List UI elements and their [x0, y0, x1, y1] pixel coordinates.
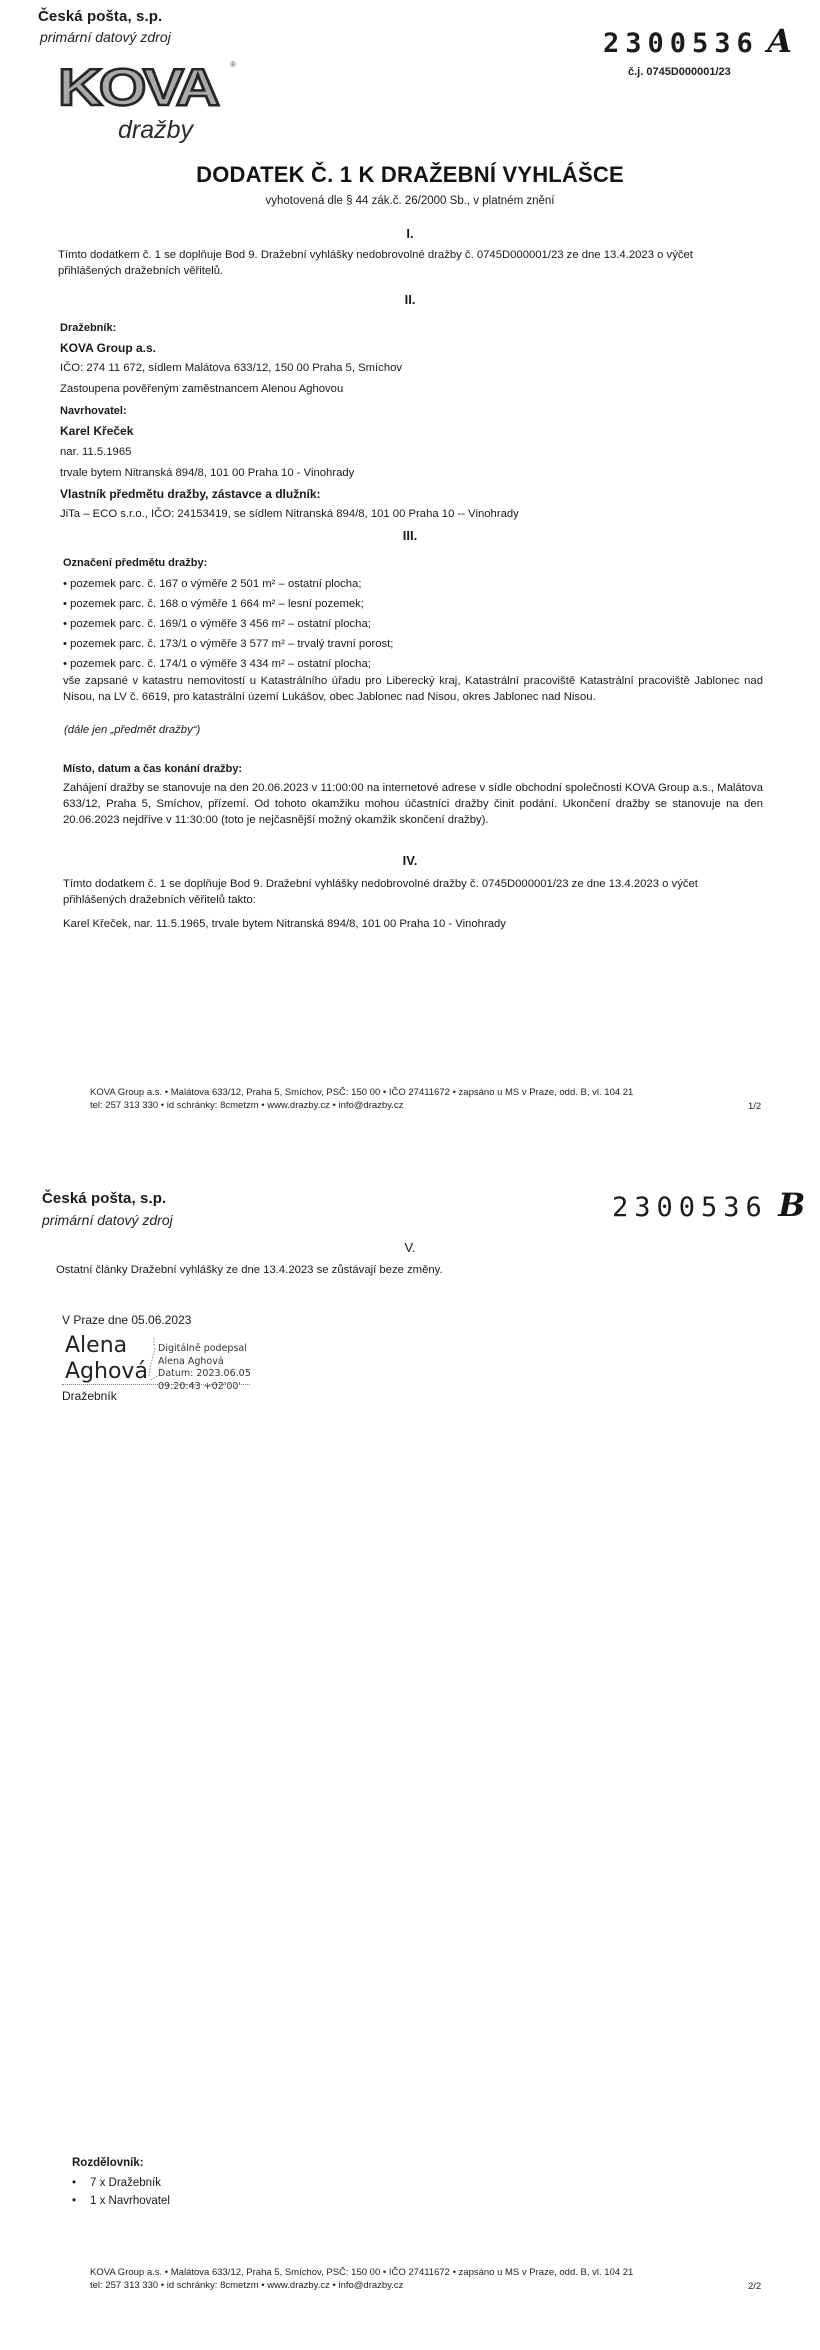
registry-stamp: 2300536 A	[603, 22, 792, 60]
section-IV-text: Tímto dodatkem č. 1 se doplňuje Bod 9. D…	[63, 876, 763, 908]
document-subtitle: vyhotovená dle § 44 zák.č. 26/2000 Sb., …	[0, 195, 820, 207]
registry-number: 2300536	[603, 28, 759, 59]
registered-mark-icon: ®	[230, 60, 236, 69]
auctioneer-name: KOVA Group a.s.	[60, 341, 156, 355]
auctioneer-id: IČO: 274 11 672, sídlem Malátova 633/12,…	[60, 360, 402, 376]
registry-number: 2300536	[612, 1192, 768, 1223]
parcel-item: • pozemek parc. č. 167 o výměře 2 501 m²…	[63, 574, 393, 594]
signature-meta-line: 09:20:43 +02'00'	[158, 1381, 251, 1394]
signature-meta-line: Datum: 2023.06.05	[158, 1368, 251, 1381]
postal-stamp-source: primární datový zdroj	[40, 29, 171, 45]
subject-alias: (dále jen „předmět dražby“)	[64, 722, 200, 738]
distribution-item: 1 x Navrhovatel	[72, 2192, 170, 2210]
signature-meta-line: Alena Aghová	[158, 1356, 251, 1369]
reference-number: č.j. 0745D000001/23	[628, 66, 731, 78]
section-V-text: Ostatní články Dražební vyhlášky ze dne …	[56, 1262, 443, 1278]
section-heading-II: II.	[0, 292, 820, 307]
distribution-list: 7 x Dražebník 1 x Navrhovatel	[72, 2174, 170, 2210]
logo-wordmark: KOVA	[58, 58, 217, 118]
auction-place-label: Místo, datum a čas konání dražby:	[63, 763, 242, 775]
section-heading-III: III.	[0, 528, 820, 543]
auction-place-text: Zahájení dražby se stanovuje na den 20.0…	[63, 780, 763, 828]
signature-last-name: Aghová	[65, 1359, 148, 1385]
creditor-line: Karel Křeček, nar. 11.5.1965, trvale byt…	[63, 916, 506, 932]
signature-first-name: Alena	[65, 1333, 127, 1359]
owner-label: Vlastník předmětu dražby, zástavce a dlu…	[60, 487, 321, 501]
signature-role: Dražebník	[62, 1389, 117, 1403]
parcel-item: • pozemek parc. č. 169/1 o výměře 3 456 …	[63, 614, 393, 634]
postal-stamp-source: primární datový zdroj	[42, 1212, 173, 1228]
digital-signature-meta: Digitálně podepsal Alena Aghová Datum: 2…	[158, 1343, 251, 1393]
page-number: 1/2	[748, 1101, 761, 1112]
signature-meta-line: Digitálně podepsal	[158, 1343, 251, 1356]
page-number: 2/2	[748, 2281, 761, 2292]
distribution-label: Rozdělovník:	[72, 2157, 144, 2169]
postal-stamp-org: Česká pošta, s.p.	[42, 1190, 166, 1207]
parcel-item: • pozemek parc. č. 168 o výměře 1 664 m²…	[63, 594, 393, 614]
registry-letter: A	[767, 22, 792, 60]
proposer-label: Navrhovatel:	[60, 405, 127, 417]
page-footer: KOVA Group a.s. • Malátova 633/12, Praha…	[90, 2266, 710, 2292]
registry-stamp: 2300536 B	[612, 1186, 805, 1224]
section-heading-V: V.	[0, 1240, 820, 1255]
subject-label: Označení předmětu dražby:	[63, 557, 207, 569]
footer-contact-line: tel: 257 313 330 • id schránky: 8cmetzm …	[90, 2279, 710, 2292]
kova-logo: KOVA ® dražby	[52, 58, 242, 148]
section-heading-I: I.	[0, 226, 820, 241]
section-I-text: Tímto dodatkem č. 1 se doplňuje Bod 9. D…	[58, 247, 758, 279]
auctioneer-label: Dražebník:	[60, 322, 116, 334]
page-footer: KOVA Group a.s. • Malátova 633/12, Praha…	[90, 1086, 710, 1112]
place-date: V Praze dne 05.06.2023	[62, 1313, 191, 1327]
registry-letter: B	[778, 1186, 805, 1224]
proposer-address: trvale bytem Nitranská 894/8, 101 00 Pra…	[60, 465, 354, 481]
auctioneer-representative: Zastoupena pověřeným zaměstnancem Alenou…	[60, 381, 343, 397]
section-heading-IV: IV.	[0, 853, 820, 868]
cadastre-text: vše zapsané v katastru nemovitostí u Kat…	[63, 673, 763, 705]
footer-company-line: KOVA Group a.s. • Malátova 633/12, Praha…	[90, 1086, 710, 1099]
signature-line	[62, 1384, 250, 1385]
distribution-item: 7 x Dražebník	[72, 2174, 170, 2192]
footer-company-line: KOVA Group a.s. • Malátova 633/12, Praha…	[90, 2266, 710, 2279]
proposer-name: Karel Křeček	[60, 424, 133, 438]
document-title: DODATEK Č. 1 K DRAŽEBNÍ VYHLÁŠCE	[0, 162, 820, 188]
footer-contact-line: tel: 257 313 330 • id schránky: 8cmetzm …	[90, 1099, 710, 1112]
parcel-item: • pozemek parc. č. 174/1 o výměře 3 434 …	[63, 654, 393, 674]
proposer-birthdate: nar. 11.5.1965	[60, 444, 131, 460]
owner-text: JiTa – ECO s.r.o., IČO: 24153419, se síd…	[60, 506, 519, 522]
parcel-item: • pozemek parc. č. 173/1 o výměře 3 577 …	[63, 634, 393, 654]
logo-subtitle: dražby	[118, 116, 193, 145]
postal-stamp-org: Česká pošta, s.p.	[38, 8, 162, 25]
parcel-list: • pozemek parc. č. 167 o výměře 2 501 m²…	[63, 574, 393, 674]
